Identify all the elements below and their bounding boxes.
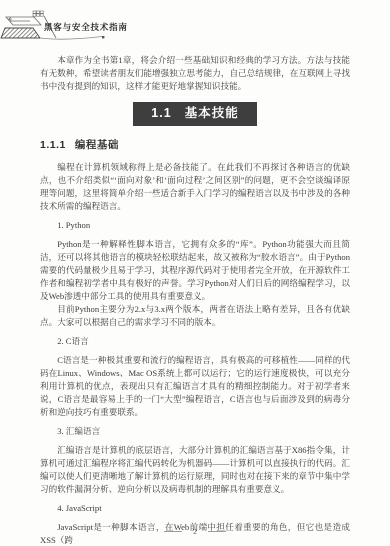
- item-label-javascript: 4. JavaScript: [40, 502, 350, 515]
- python-paragraph-1: Python是一种解释性脚本语言，它拥有众多的“库”。Python功能强大而且简…: [40, 238, 350, 303]
- section-heading-wrap: 1.1基本技能: [40, 102, 350, 126]
- subsection-title: 编程基础: [75, 139, 119, 151]
- python-paragraph-2: 目前Python主要分为2.x与3.x两个版本，两者在语法上略有差异，且各有优缺…: [40, 303, 350, 329]
- subsection-paragraph: 编程在计算机领域称得上是必备技能了。在此我们不再探讨各种语言的优缺点，也不介绍类…: [40, 161, 350, 213]
- item-label-assembly: 3. 汇编语言: [40, 425, 350, 438]
- running-title: 黑客与安全技术指南: [44, 21, 128, 33]
- page-footer: 2: [0, 528, 390, 536]
- book-page: 黑客与安全技术指南 本章作为全书第1章，将会介绍一些基础知识和经典的学习方法。方…: [0, 0, 390, 546]
- page-number: 2: [193, 528, 197, 536]
- page-header: 黑客与安全技术指南: [0, 8, 220, 50]
- item-label-python: 1. Python: [40, 219, 350, 232]
- section-title: 基本技能: [185, 106, 239, 120]
- section-heading: 1.1基本技能: [133, 102, 256, 126]
- footer-rule-right: [208, 531, 226, 532]
- item-label-c-language: 2. C语言: [40, 335, 350, 348]
- section-number: 1.1: [151, 106, 171, 120]
- assembly-paragraph: 汇编语言是计算机的底层语言，大部分计算机的汇编语言基于X86指令集，计算机可通过…: [40, 444, 350, 496]
- subsection-heading: 1.1.1编程基础: [40, 137, 350, 152]
- c-language-paragraph: C语言是一种极其重要和流行的编程语言，具有极高的可移植性——同样的代码在Linu…: [40, 354, 350, 419]
- footer-rule-left: [164, 531, 182, 532]
- intro-paragraph: 本章作为全书第1章，将会介绍一些基础知识和经典的学习方法。方法与技能有无数种，希…: [40, 54, 350, 93]
- subsection-number: 1.1.1: [40, 139, 66, 151]
- page-body: 本章作为全书第1章，将会介绍一些基础知识和经典的学习方法。方法与技能有无数种，希…: [40, 54, 350, 546]
